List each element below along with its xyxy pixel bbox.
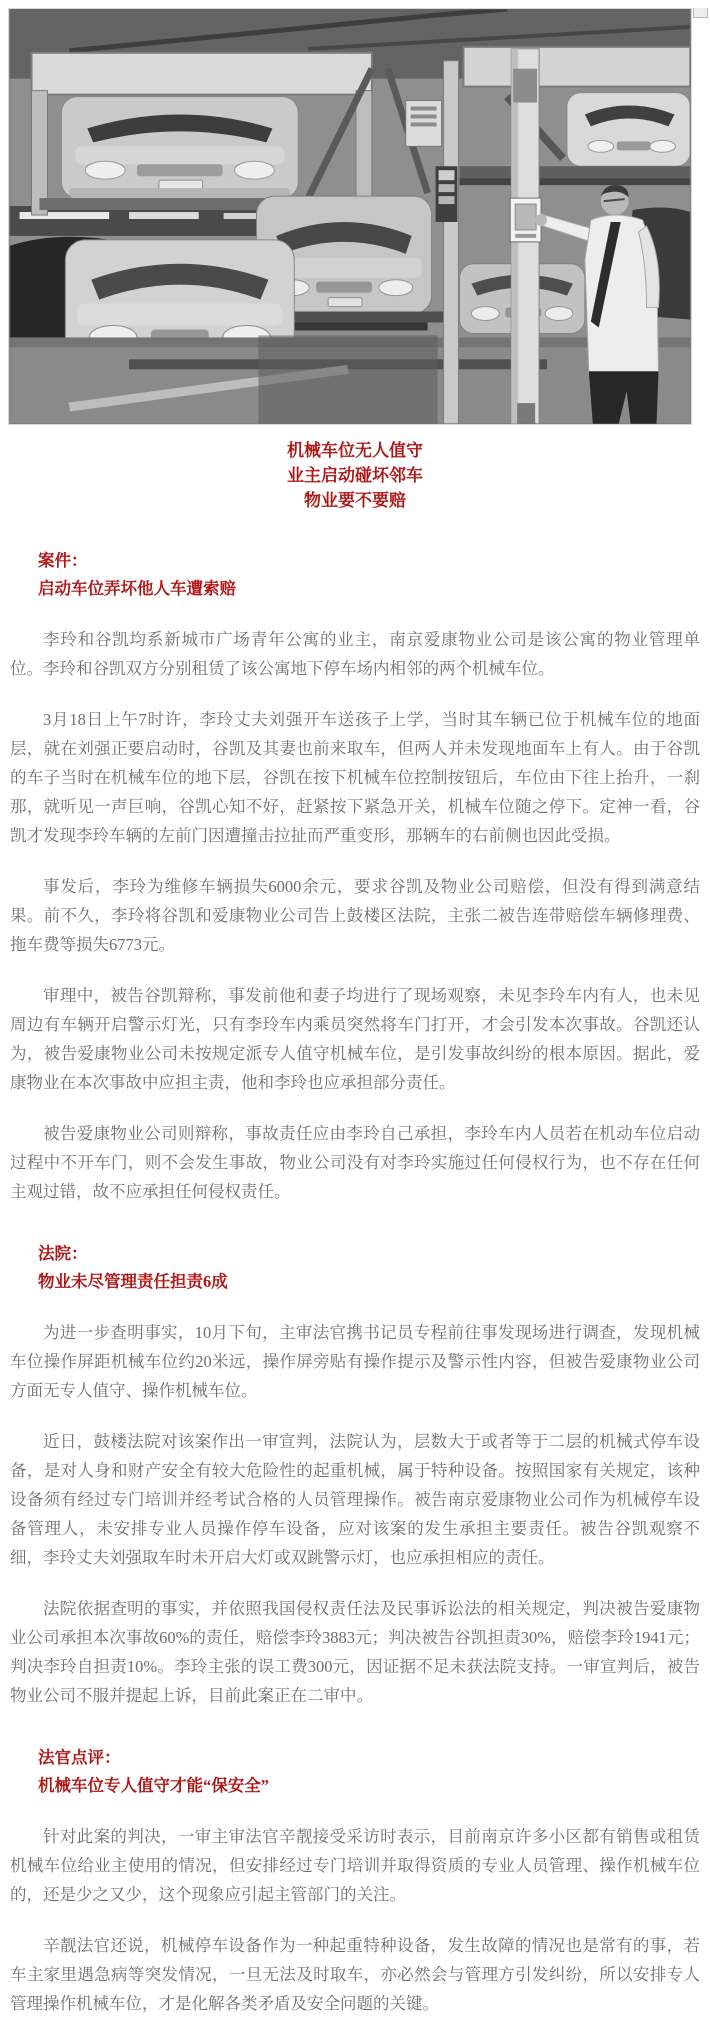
section-heading-judge-comment-title: 机械车位专人值守才能“保安全” (38, 1772, 700, 1800)
paragraph: 法院依据查明的事实，并依照我国侵权责任法及民事诉讼法的相关规定，判决被告爱康物业… (10, 1594, 700, 1710)
paragraph: 被告爱康物业公司则辩称，事故责任应由李玲自己承担，李玲车内人员若在机动车位启动过… (10, 1119, 700, 1206)
caption-line-2: 业主启动碰坏邻车 (0, 463, 710, 488)
paragraph: 近日，鼓楼法院对该案作出一审宣判，法院认为，层数大于或者等于二层的机械式停车设备… (10, 1427, 700, 1572)
photo-caption: 机械车位无人值守 业主启动碰坏邻车 物业要不要赔 (0, 438, 710, 513)
parking-garage-photo (9, 9, 691, 424)
caption-line-3: 物业要不要赔 (0, 488, 710, 513)
section-heading-case: 案件： 启动车位弄坏他人车遭索赔 (38, 547, 700, 603)
paragraph: 审理中，被告谷凯辩称，事发前他和妻子均进行了现场观察，未见李玲车内有人，也未见周… (10, 981, 700, 1097)
paragraph: 辛靓法官还说，机械停车设备作为一种起重特种设备，发生故障的情况也是常有的事，若车… (10, 1931, 700, 2018)
paragraph: 为进一步查明事实，10月下旬，主审法官携书记员专程前往事发现场进行调查，发现机械… (10, 1318, 700, 1405)
section-heading-case-label: 案件： (38, 547, 700, 575)
caption-line-1: 机械车位无人值守 (0, 438, 710, 463)
paragraph: 李玲和谷凯均系新城市广场青年公寓的业主，南京爱康物业公司是该公寓的物业管理单位。… (10, 625, 700, 683)
page-corner-artifact (693, 8, 708, 18)
section-heading-case-title: 启动车位弄坏他人车遭索赔 (38, 575, 700, 603)
paragraph: 事发后，李玲为维修车辆损失6000余元，要求谷凯及物业公司赔偿，但没有得到满意结… (10, 872, 700, 959)
paragraph: 3月18日上午7时许，李玲丈夫刘强开车送孩子上学，当时其车辆已位于机械车位的地面… (10, 705, 700, 850)
section-heading-court-label: 法院： (38, 1240, 700, 1268)
article-body: 案件： 启动车位弄坏他人车遭索赔 李玲和谷凯均系新城市广场青年公寓的业主，南京爱… (10, 547, 700, 2032)
upper-left-car (61, 97, 298, 199)
section-heading-judge-comment: 法官点评： 机械车位专人值守才能“保安全” (38, 1744, 700, 1800)
section-heading-court-title: 物业未尽管理责任担责6成 (38, 1268, 700, 1296)
paragraph: 针对此案的判决，一审主审法官辛靓接受采访时表示，目前南京许多小区都有销售或租赁机… (10, 1822, 700, 1909)
control-column (510, 49, 541, 424)
article-photo (8, 8, 692, 425)
section-heading-court: 法院： 物业未尽管理责任担责6成 (38, 1240, 700, 1296)
section-heading-judge-comment-label: 法官点评： (38, 1744, 700, 1772)
